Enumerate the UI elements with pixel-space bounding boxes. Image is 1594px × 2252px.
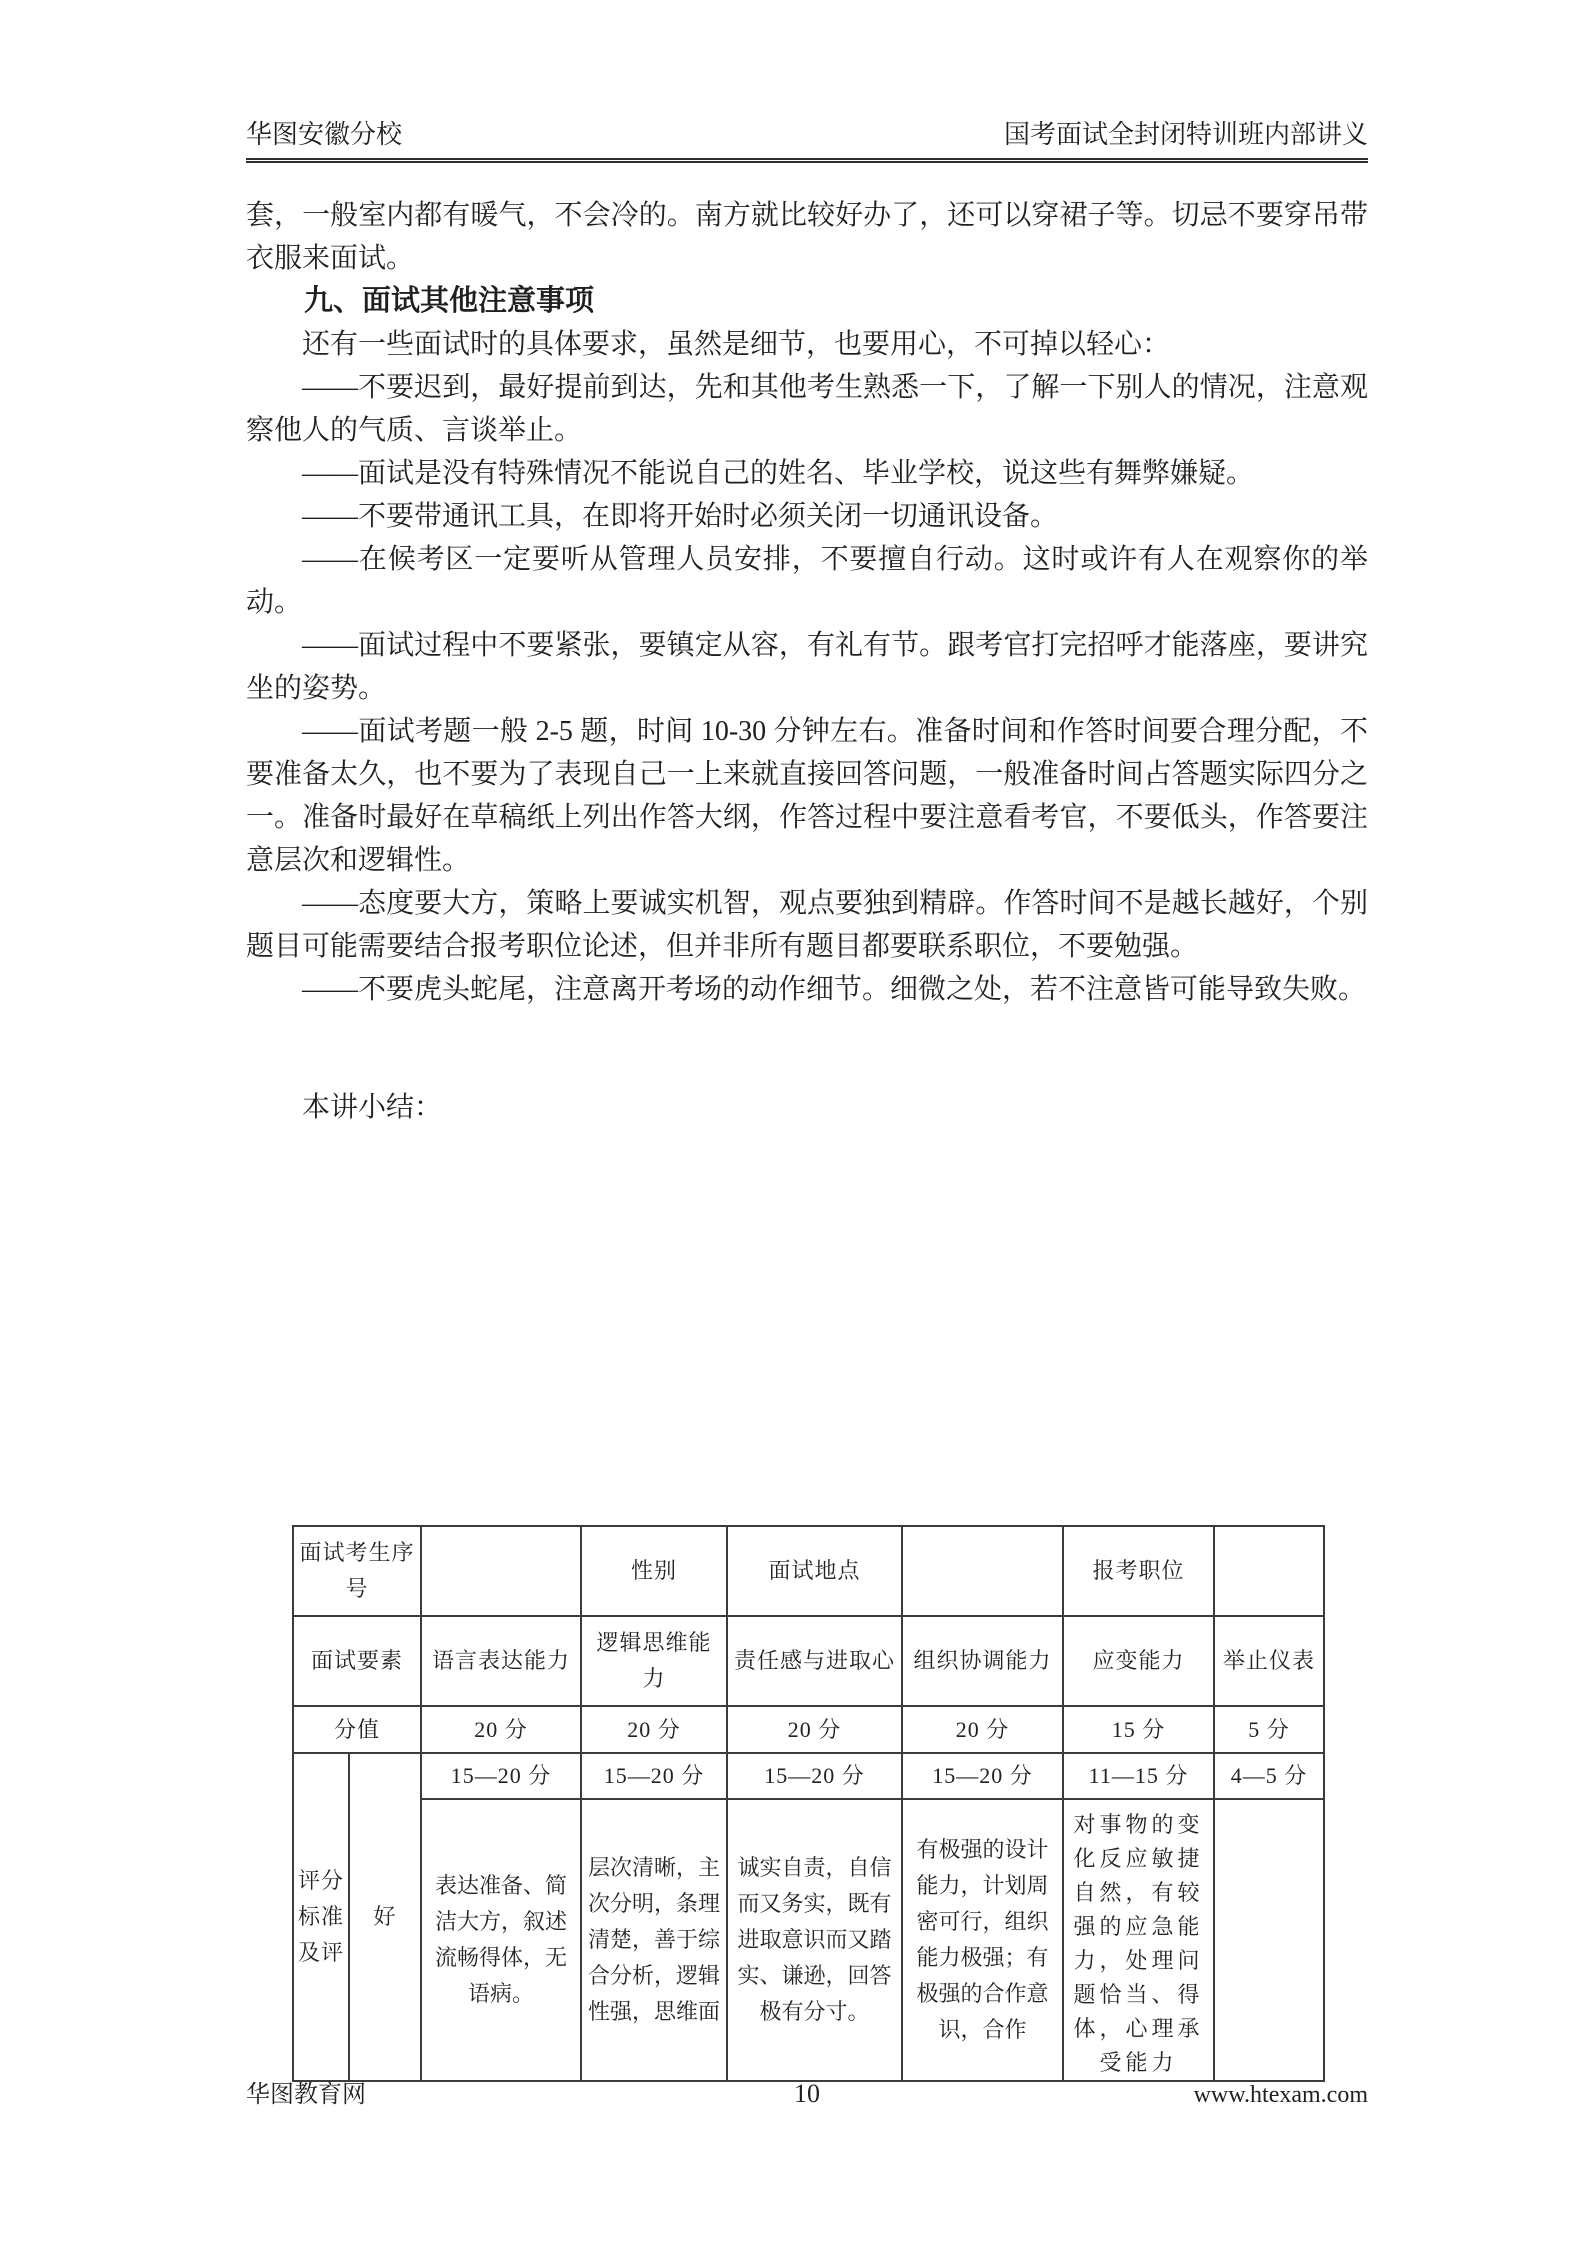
cell-range-5: 11—15 分	[1063, 1753, 1214, 1799]
cell-points-5: 15 分	[1063, 1706, 1214, 1753]
cell-points-3: 20 分	[727, 1706, 902, 1753]
section-heading: 九、面试其他注意事项	[246, 280, 1368, 323]
table-row-candidate-info: 面试考生序号 性别 面试地点 报考职位	[293, 1526, 1324, 1616]
cell-element-responsibility: 责任感与进取心	[727, 1616, 902, 1706]
lecture-summary-label: 本讲小结：	[246, 1086, 1368, 1129]
cell-location-value	[902, 1526, 1063, 1616]
paragraph: ——面试过程中不要紧张，要镇定从容，有礼有节。跟考官打完招呼才能落座，要讲究坐的…	[246, 624, 1368, 710]
cell-candidate-number-label: 面试考生序号	[293, 1526, 421, 1616]
footer-page-number: 10	[794, 2078, 820, 2110]
cell-location-label: 面试地点	[727, 1526, 902, 1616]
table-row-elements: 面试要素 语言表达能力 逻辑思维能力 责任感与进取心 组织协调能力 应变能力 举…	[293, 1616, 1324, 1706]
header-course-title: 国考面试全封闭特训班内部讲义	[1004, 118, 1368, 152]
cell-points-label: 分值	[293, 1706, 421, 1753]
page-footer: 华图教育网 10 www.htexam.com	[246, 2078, 1368, 2111]
header-branch-name: 华图安徽分校	[246, 118, 402, 152]
table-row-score-ranges: 评分标准及评 好 15—20 分 15—20 分 15—20 分 15—20 分…	[293, 1753, 1324, 1799]
footer-website-url: www.htexam.com	[820, 2079, 1368, 2111]
cell-grade-good: 好	[349, 1753, 421, 2081]
document-page: 华图安徽分校 国考面试全封闭特训班内部讲义 套，一般室内都有暖气，不会冷的。南方…	[0, 0, 1594, 2252]
cell-desc-language: 表达准备、简洁大方，叙述流畅得体，无语病。	[421, 1799, 581, 2081]
cell-points-4: 20 分	[902, 1706, 1063, 1753]
cell-points-1: 20 分	[421, 1706, 581, 1753]
cell-range-4: 15—20 分	[902, 1753, 1063, 1799]
cell-desc-responsibility: 诚实自责，自信而又务实，既有进取意识而又踏实、谦逊，回答极有分寸。	[727, 1799, 902, 2081]
cell-desc-manner	[1214, 1799, 1324, 2081]
paragraph: ——面试考题一般 2-5 题，时间 10-30 分钟左右。准备时间和作答时间要合…	[246, 710, 1368, 882]
cell-element-manner: 举止仪表	[1214, 1616, 1324, 1706]
cell-range-1: 15—20 分	[421, 1753, 581, 1799]
paragraph: ——不要带通讯工具，在即将开始时必须关闭一切通讯设备。	[246, 495, 1368, 538]
paragraph-continuation: 套，一般室内都有暖气，不会冷的。南方就比较好办了，还可以穿裙子等。切忌不要穿吊带…	[246, 194, 1368, 280]
cell-element-adaptability: 应变能力	[1063, 1616, 1214, 1706]
cell-criteria-label: 评分标准及评	[293, 1753, 349, 2081]
cell-points-2: 20 分	[581, 1706, 727, 1753]
paragraph: ——不要迟到，最好提前到达，先和其他考生熟悉一下，了解一下别人的情况，注意观察他…	[246, 366, 1368, 452]
cell-element-organization: 组织协调能力	[902, 1616, 1063, 1706]
body-text: 套，一般室内都有暖气，不会冷的。南方就比较好办了，还可以穿裙子等。切忌不要穿吊带…	[246, 194, 1368, 1011]
cell-range-6: 4—5 分	[1214, 1753, 1324, 1799]
paragraph: ——在候考区一定要听从管理人员安排，不要擅自行动。这时或许有人在观察你的举动。	[246, 538, 1368, 624]
cell-desc-adaptability: 对事物的变化反应敏捷自然，有较强的应急能力，处理问题恰当、得体，心理承受能力	[1063, 1799, 1214, 2081]
paragraph: 还有一些面试时的具体要求，虽然是细节，也要用心，不可掉以轻心：	[246, 323, 1368, 366]
cell-range-3: 15—20 分	[727, 1753, 902, 1799]
cell-candidate-number-value	[421, 1526, 581, 1616]
table-row-descriptions: 表达准备、简洁大方，叙述流畅得体，无语病。 层次清晰，主次分明，条理清楚，善于综…	[293, 1799, 1324, 2081]
paragraph: ——态度要大方，策略上要诚实机智，观点要独到精辟。作答时间不是越长越好，个别题目…	[246, 882, 1368, 968]
cell-element-language: 语言表达能力	[421, 1616, 581, 1706]
cell-element-logic: 逻辑思维能力	[581, 1616, 727, 1706]
table-row-points: 分值 20 分 20 分 20 分 20 分 15 分 5 分	[293, 1706, 1324, 1753]
cell-points-6: 5 分	[1214, 1706, 1324, 1753]
footer-site-name: 华图教育网	[246, 2079, 794, 2111]
cell-desc-organization: 有极强的设计能力，计划周密可行，组织能力极强；有极强的合作意识，合作	[902, 1799, 1063, 2081]
cell-range-2: 15—20 分	[581, 1753, 727, 1799]
cell-desc-logic: 层次清晰，主次分明，条理清楚，善于综合分析，逻辑性强，思维面	[581, 1799, 727, 2081]
page-header: 华图安徽分校 国考面试全封闭特训班内部讲义	[246, 118, 1368, 163]
cell-position-value	[1214, 1526, 1324, 1616]
cell-gender-label: 性别	[581, 1526, 727, 1616]
cell-position-label: 报考职位	[1063, 1526, 1214, 1616]
paragraph: ——不要虎头蛇尾，注意离开考场的动作细节。细微之处，若不注意皆可能导致失败。	[246, 968, 1368, 1011]
cell-elements-label: 面试要素	[293, 1616, 421, 1706]
paragraph: ——面试是没有特殊情况不能说自己的姓名、毕业学校，说这些有舞弊嫌疑。	[246, 452, 1368, 495]
interview-score-table: 面试考生序号 性别 面试地点 报考职位 面试要素 语言表达能力 逻辑思维能力 责…	[292, 1525, 1325, 2082]
